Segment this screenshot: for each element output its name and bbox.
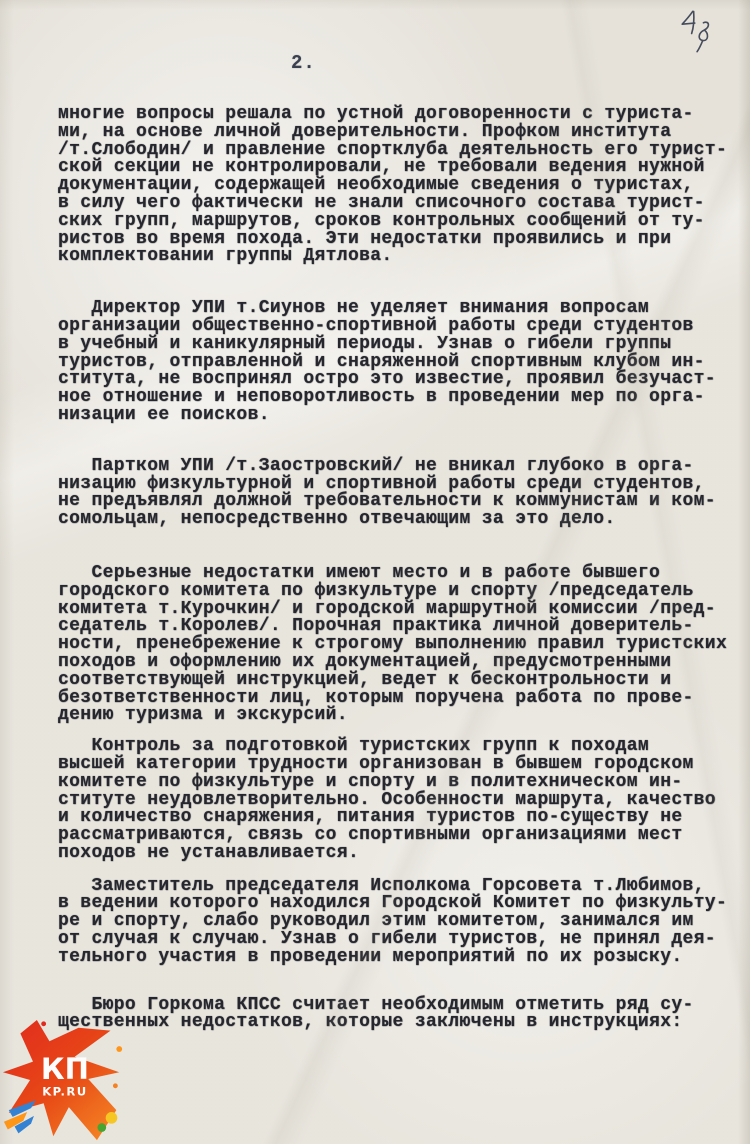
handwritten-48-icon xyxy=(678,8,718,56)
red-dot xyxy=(41,1021,46,1026)
paragraph-7: Бюро Горкома КПСС считает необходимым от… xyxy=(58,997,734,1033)
document-page: 2. многие вопросы решала по устной догов… xyxy=(0,0,750,1144)
paragraph-3: Партком УПИ /т.Заостровский/ не вникал г… xyxy=(58,458,734,529)
kp-logo-subtitle: KP.RU xyxy=(42,1085,87,1099)
handwritten-page-number xyxy=(678,8,718,56)
green-dot xyxy=(97,1123,106,1132)
paragraph-5: Контроль за подготовкой туристских групп… xyxy=(58,738,734,863)
kp-star-icon: КП KP.RU xyxy=(0,1018,128,1144)
paragraph-4: Серьезные недостатки имеют место и в раб… xyxy=(58,565,734,725)
paragraph-2: Директор УПИ т.Сиунов не уделяет внимани… xyxy=(58,300,734,425)
orange-dot-2 xyxy=(113,1083,118,1088)
paragraph-6: Заместитель председателя Исполкома Горсо… xyxy=(58,878,734,967)
paragraph-1: многие вопросы решала по устной договоре… xyxy=(58,106,734,266)
typed-page-number: 2. xyxy=(291,52,316,74)
orange-dot xyxy=(116,1046,122,1052)
document-body: многие вопросы решала по устной договоре… xyxy=(58,106,734,1032)
yellow-dot xyxy=(106,1112,118,1124)
kp-watermark: КП KP.RU xyxy=(0,1018,128,1144)
kp-logo-title: КП xyxy=(41,1052,89,1086)
